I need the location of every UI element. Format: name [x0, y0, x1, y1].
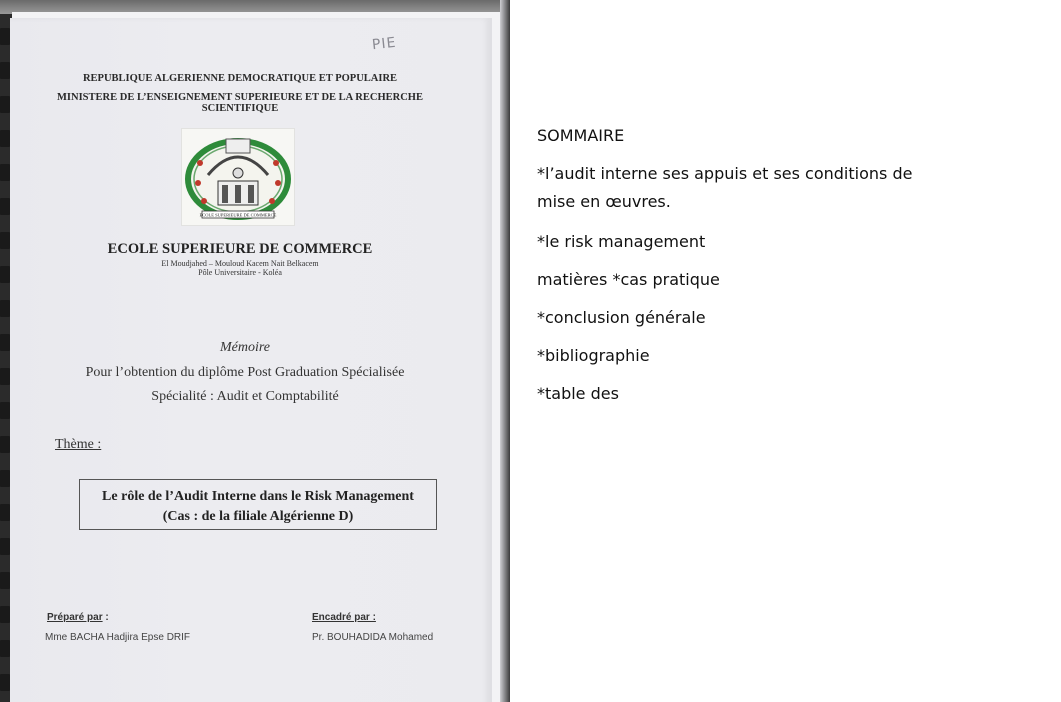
- prepared-by-name: Mme BACHA Hadjira Epse DRIF: [45, 632, 190, 643]
- theme-subtitle: (Cas : de la filiale Algérienne D): [80, 507, 436, 527]
- spiral-ring: [0, 436, 10, 453]
- spiral-ring: [0, 538, 10, 555]
- school-address-line1: El Moudjahed – Mouloud Kacem Nait Belkac…: [60, 259, 420, 268]
- handwritten-note: PIE: [371, 35, 397, 53]
- theme-label: Thème :: [55, 437, 101, 453]
- scan-right-edge: [500, 0, 510, 702]
- ministry-header-cont: SCIENTIFIQUE: [40, 102, 440, 115]
- supervised-by-label: Encadré par :: [312, 612, 376, 623]
- sommaire-title: SOMMAIRE: [537, 126, 937, 146]
- sommaire-item: *bibliographie: [537, 344, 937, 368]
- spiral-ring: [0, 164, 10, 181]
- theme-box: Le rôle de l’Audit Interne dans le Risk …: [79, 479, 437, 530]
- spiral-ring: [0, 334, 10, 351]
- spiral-ring: [0, 62, 10, 79]
- sommaire-item: *l’audit interne ses appuis et ses condi…: [537, 160, 937, 216]
- school-address-line2: Pôle Universitaire - Koléa: [60, 268, 420, 277]
- cover-page: [10, 18, 492, 702]
- spiral-ring: [0, 368, 10, 385]
- spiral-ring: [0, 232, 10, 249]
- cover-scan: PIE REPUBLIQUE ALGERIENNE DEMOCRATIQUE E…: [0, 0, 510, 702]
- sommaire-item: *le risk management: [537, 230, 937, 254]
- diploma-purpose: Pour l’obtention du diplôme Post Graduat…: [60, 365, 430, 381]
- specialty: Spécialité : Audit et Comptabilité: [60, 389, 430, 405]
- sommaire-panel: SOMMAIRE *l’audit interne ses appuis et …: [537, 126, 937, 420]
- spiral-ring: [0, 606, 10, 623]
- spiral-ring: [0, 266, 10, 283]
- theme-title: Le rôle de l’Audit Interne dans le Risk …: [80, 487, 436, 507]
- sommaire-item: matières *cas pratique: [537, 268, 937, 292]
- spiral-ring: [0, 470, 10, 487]
- spiral-ring: [0, 674, 10, 691]
- spiral-ring: [0, 402, 10, 419]
- sommaire-item: *conclusion générale: [537, 306, 937, 330]
- spiral-binding: [0, 20, 16, 702]
- spiral-ring: [0, 300, 10, 317]
- republic-header: REPUBLIQUE ALGERIENNE DEMOCRATIQUE ET PO…: [40, 72, 440, 85]
- prepared-by-label: Préparé par :: [47, 612, 109, 623]
- spiral-ring: [0, 504, 10, 521]
- school-emblem-icon: ECOLE SUPERIEURE DE COMMERCE: [181, 128, 295, 226]
- memoire-title: Mémoire: [60, 340, 430, 356]
- school-name: ECOLE SUPERIEURE DE COMMERCE: [60, 241, 420, 258]
- spiral-ring: [0, 572, 10, 589]
- supervised-by-name: Pr. BOUHADIDA Mohamed: [312, 632, 433, 643]
- spiral-ring: [0, 28, 10, 45]
- sommaire-item: *table des: [537, 382, 937, 406]
- svg-text:ECOLE SUPERIEURE DE COMMERCE: ECOLE SUPERIEURE DE COMMERCE: [200, 213, 277, 218]
- spiral-ring: [0, 130, 10, 147]
- spiral-ring: [0, 96, 10, 113]
- spiral-ring: [0, 198, 10, 215]
- spiral-ring: [0, 640, 10, 657]
